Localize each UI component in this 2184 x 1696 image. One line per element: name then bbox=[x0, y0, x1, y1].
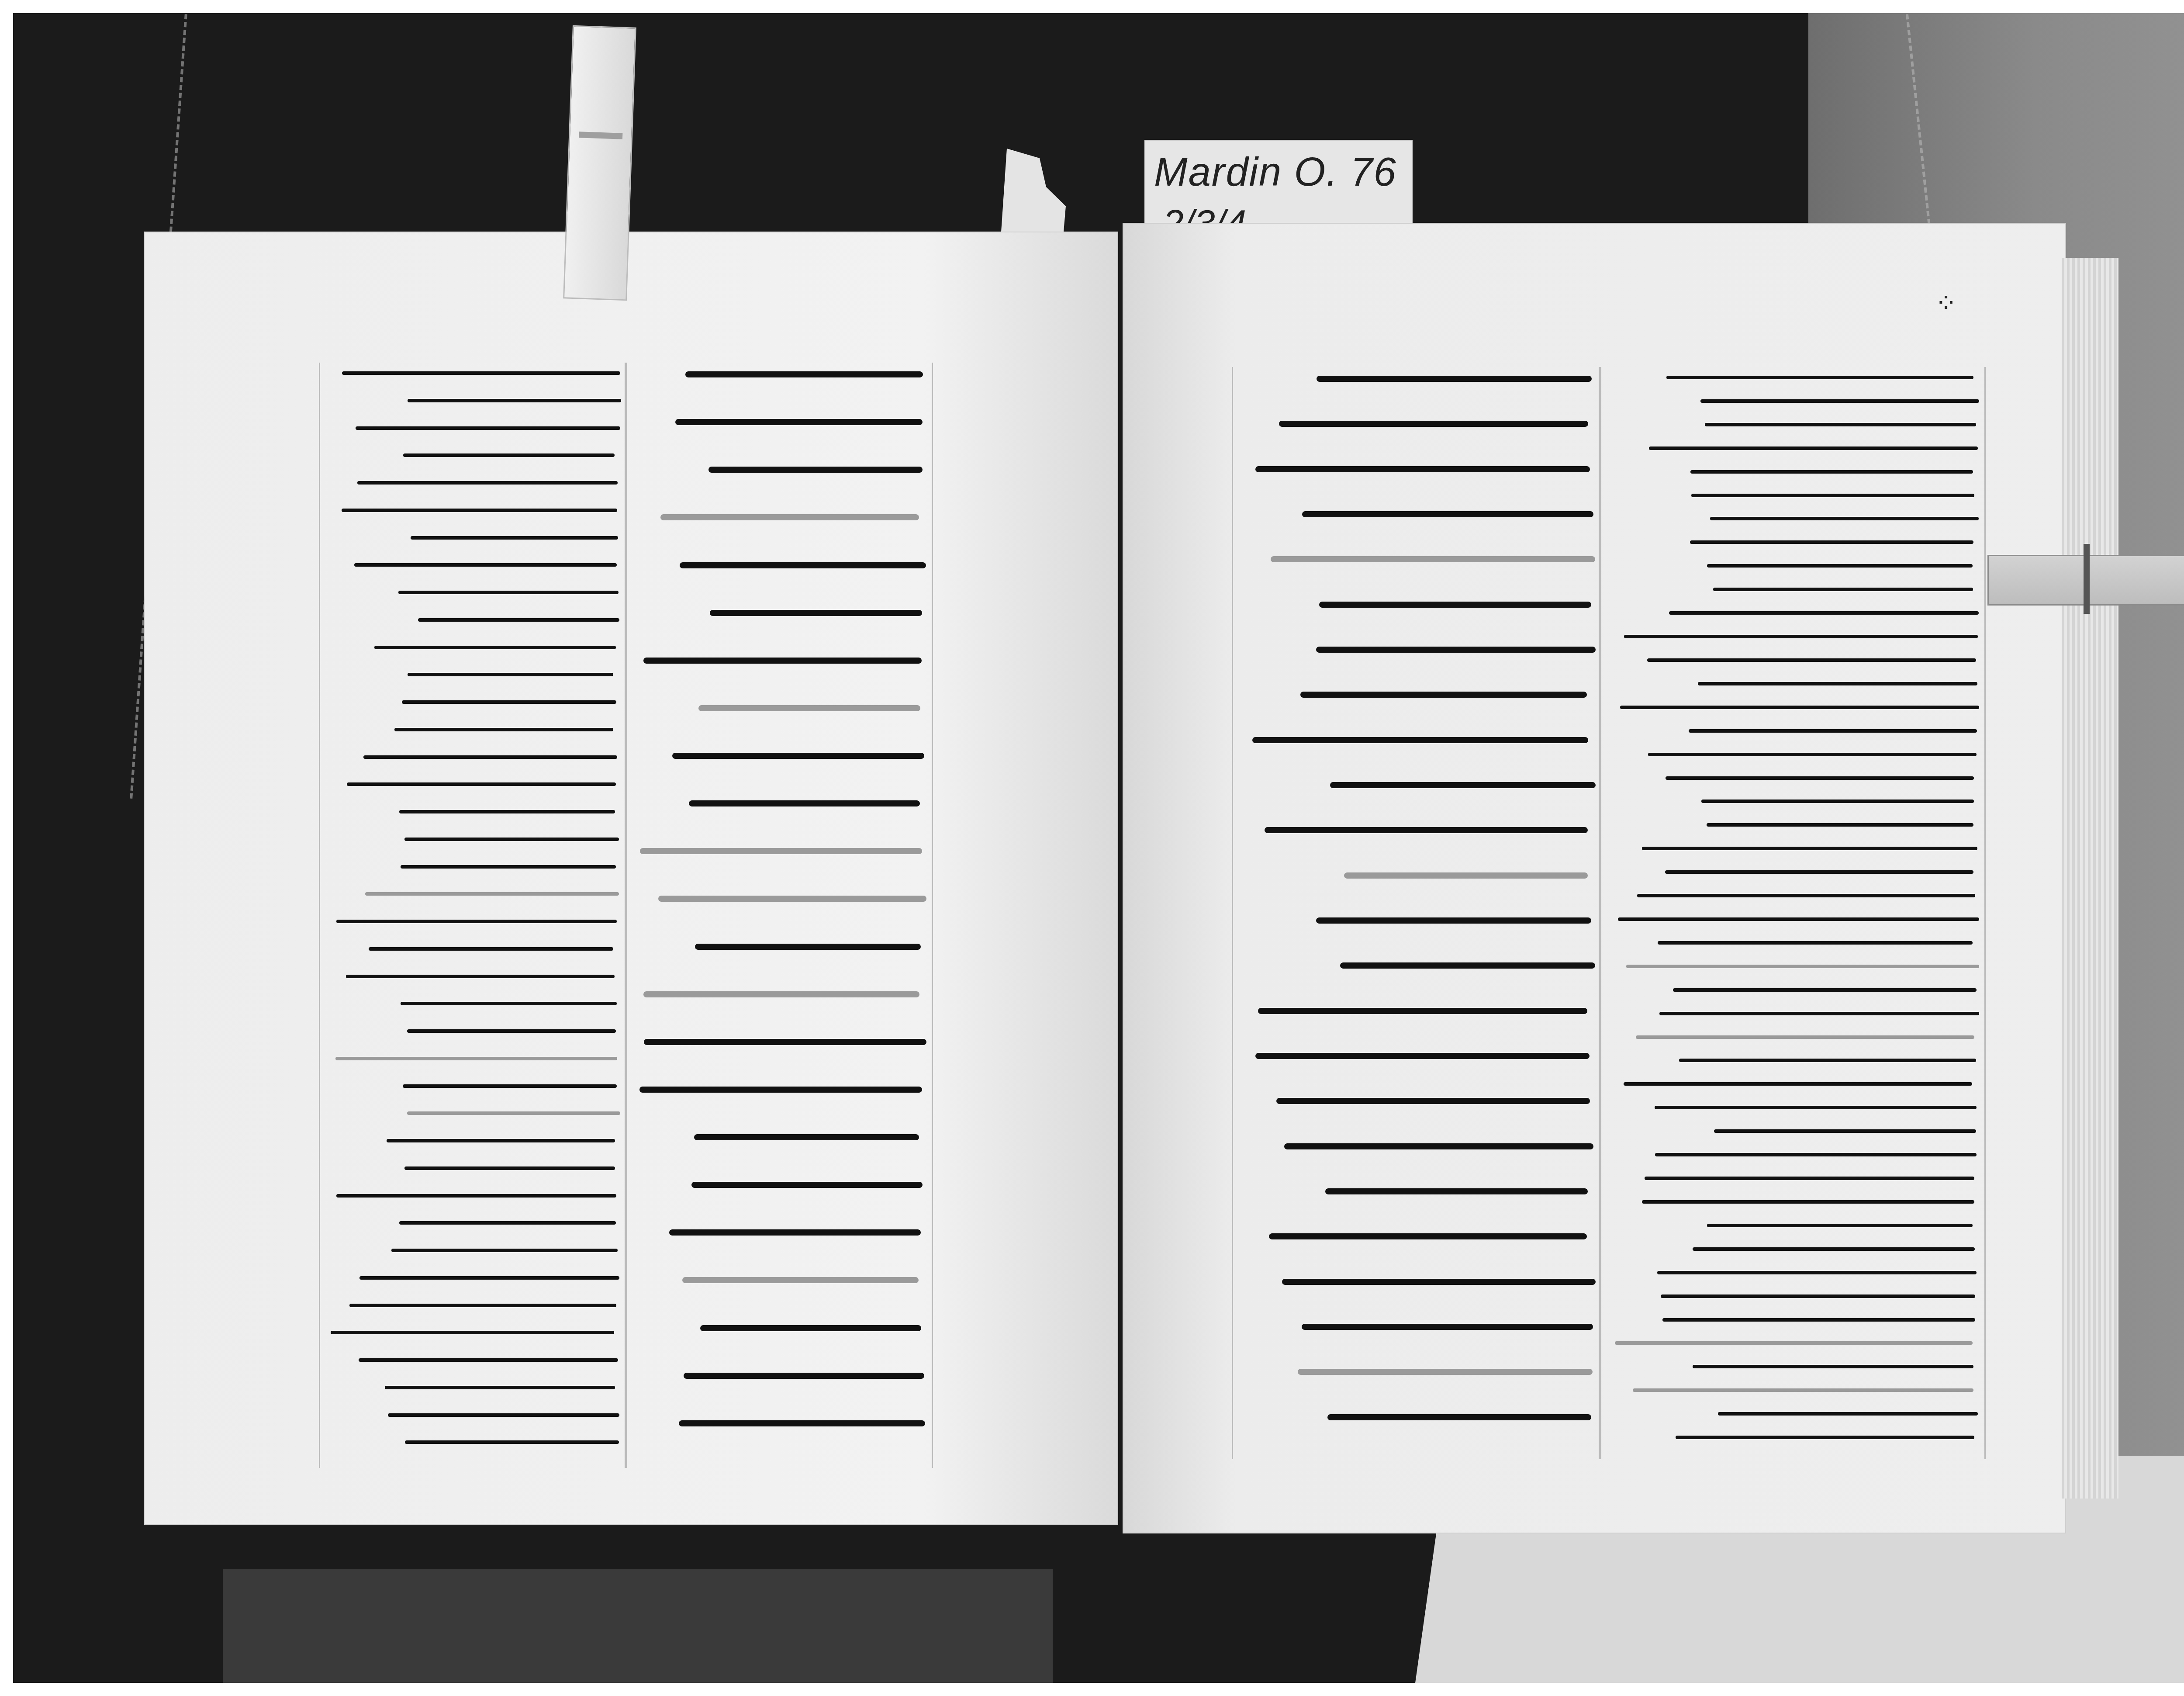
script-line bbox=[1316, 647, 1596, 653]
script-line bbox=[399, 810, 615, 813]
left-page bbox=[144, 232, 1118, 1525]
script-line bbox=[1269, 1233, 1587, 1239]
script-line bbox=[335, 1057, 617, 1060]
script-line bbox=[403, 453, 615, 457]
script-line bbox=[1325, 1188, 1588, 1194]
script-line bbox=[1647, 658, 1976, 662]
book-cover bbox=[223, 1569, 1053, 1683]
script-line bbox=[685, 371, 923, 377]
script-line bbox=[346, 975, 615, 978]
clip-spring bbox=[2084, 544, 2090, 614]
script-line bbox=[1327, 1414, 1591, 1420]
script-line bbox=[1698, 682, 1978, 685]
script-line bbox=[1693, 1365, 1973, 1368]
script-line bbox=[1705, 423, 1976, 426]
script-line bbox=[1276, 1098, 1590, 1104]
script-line bbox=[1302, 511, 1593, 517]
script-line bbox=[1620, 706, 1979, 709]
script-line bbox=[1255, 1053, 1590, 1059]
script-line bbox=[1282, 1279, 1596, 1285]
script-line bbox=[1676, 1436, 1974, 1439]
right-page-inner-column bbox=[1232, 367, 1601, 1459]
script-line bbox=[1330, 782, 1596, 788]
script-line bbox=[1655, 1106, 1977, 1109]
script-line bbox=[1298, 1369, 1593, 1375]
script-line bbox=[1618, 917, 1979, 921]
script-line bbox=[675, 419, 923, 425]
script-line bbox=[1271, 556, 1595, 562]
script-line bbox=[418, 618, 619, 622]
script-line bbox=[1669, 611, 1979, 615]
script-line bbox=[679, 1420, 925, 1426]
script-line bbox=[336, 920, 617, 923]
script-line bbox=[1636, 1035, 1974, 1039]
right-page-outer-column bbox=[1599, 367, 1986, 1459]
script-line bbox=[1316, 917, 1591, 924]
script-line bbox=[1279, 421, 1588, 427]
script-line bbox=[1707, 823, 1973, 827]
script-line bbox=[359, 1358, 618, 1362]
shelfmark: Mardin O. 76 bbox=[1154, 149, 1397, 195]
script-line bbox=[1673, 988, 1976, 992]
script-line bbox=[349, 1304, 616, 1307]
script-line bbox=[1258, 1008, 1587, 1014]
script-line bbox=[1645, 1177, 1974, 1180]
script-line bbox=[694, 1134, 919, 1140]
script-line bbox=[1624, 635, 1978, 638]
script-line bbox=[1657, 1271, 1977, 1274]
script-line bbox=[408, 673, 613, 676]
script-line bbox=[639, 1087, 922, 1093]
script-line bbox=[404, 838, 619, 841]
right-page: ⁘ bbox=[1123, 223, 2066, 1533]
script-line bbox=[411, 536, 618, 540]
script-line bbox=[708, 467, 922, 473]
left-page-inner-column bbox=[625, 363, 933, 1468]
script-line bbox=[700, 1325, 921, 1331]
photo-frame: Mardin O. 76 2/3/4 ⁘ bbox=[13, 13, 2184, 1683]
script-line bbox=[1319, 602, 1591, 608]
script-line bbox=[402, 700, 617, 704]
script-line bbox=[1317, 376, 1592, 382]
script-line bbox=[643, 991, 919, 997]
script-line bbox=[658, 896, 926, 902]
script-line bbox=[1701, 800, 1974, 803]
script-line bbox=[1662, 1318, 1975, 1322]
script-line bbox=[1665, 870, 1973, 874]
script-line bbox=[401, 865, 616, 869]
script-line bbox=[698, 705, 921, 711]
script-line bbox=[1707, 1224, 1972, 1227]
script-line bbox=[1649, 446, 1978, 450]
script-line bbox=[1718, 1412, 1978, 1416]
script-line bbox=[369, 947, 613, 951]
script-line bbox=[374, 646, 616, 649]
script-line bbox=[347, 782, 616, 786]
script-line bbox=[405, 1440, 619, 1444]
script-line bbox=[388, 1413, 619, 1417]
script-line bbox=[354, 563, 617, 567]
script-line bbox=[357, 481, 618, 485]
script-line bbox=[1713, 588, 1973, 591]
script-line bbox=[1714, 1129, 1976, 1133]
script-line bbox=[404, 1166, 615, 1170]
script-line bbox=[1655, 1153, 1977, 1156]
script-line bbox=[1666, 376, 1973, 379]
script-line bbox=[1302, 1324, 1593, 1330]
script-line bbox=[1642, 847, 1977, 850]
script-line bbox=[644, 1039, 927, 1045]
torn-paper-slip bbox=[1000, 149, 1066, 245]
script-line bbox=[1691, 494, 1974, 497]
script-line bbox=[331, 1331, 614, 1334]
script-line bbox=[691, 1182, 923, 1188]
script-line bbox=[336, 1194, 617, 1198]
top-page-clip bbox=[563, 25, 636, 301]
script-line bbox=[1626, 965, 1979, 968]
script-line bbox=[365, 892, 619, 896]
script-line bbox=[680, 562, 926, 568]
script-line bbox=[1700, 399, 1979, 403]
script-line bbox=[640, 848, 922, 854]
script-line bbox=[1689, 729, 1977, 733]
script-line bbox=[660, 514, 919, 520]
script-line bbox=[1284, 1143, 1594, 1149]
script-line bbox=[689, 800, 920, 806]
script-line bbox=[359, 1276, 619, 1280]
script-line bbox=[1690, 470, 1973, 474]
script-line bbox=[356, 426, 620, 430]
script-line bbox=[408, 399, 621, 402]
script-line bbox=[387, 1139, 615, 1142]
script-line bbox=[1693, 1247, 1975, 1251]
script-line bbox=[1648, 753, 1977, 756]
page-fore-edge bbox=[2062, 258, 2118, 1499]
script-line bbox=[1265, 827, 1588, 833]
script-line bbox=[1300, 692, 1587, 698]
script-line bbox=[342, 371, 620, 375]
script-line bbox=[1679, 1059, 1976, 1062]
script-line bbox=[399, 1221, 616, 1225]
script-line bbox=[1710, 517, 1979, 520]
script-line bbox=[1658, 941, 1973, 945]
script-line bbox=[672, 753, 924, 759]
script-line bbox=[407, 1029, 615, 1033]
script-line bbox=[403, 1084, 617, 1088]
script-line bbox=[1633, 1388, 1973, 1392]
script-line bbox=[1615, 1341, 1973, 1345]
script-line bbox=[1637, 894, 1975, 897]
left-page-outer-column bbox=[319, 363, 627, 1468]
script-line bbox=[669, 1229, 921, 1236]
script-line bbox=[398, 591, 619, 594]
script-line bbox=[1666, 776, 1973, 780]
script-line bbox=[1690, 540, 1974, 544]
page-ornament-icon: ⁘ bbox=[1935, 288, 1957, 319]
script-line bbox=[407, 1111, 620, 1115]
script-line bbox=[1255, 466, 1590, 472]
script-line bbox=[385, 1386, 615, 1389]
script-line bbox=[1624, 1082, 1972, 1086]
script-line bbox=[695, 944, 921, 950]
script-line bbox=[682, 1277, 919, 1283]
script-line bbox=[1642, 1200, 1974, 1204]
script-line bbox=[1661, 1294, 1975, 1298]
script-line bbox=[1340, 962, 1595, 969]
script-line bbox=[342, 509, 617, 512]
script-line bbox=[363, 755, 617, 759]
script-line bbox=[401, 1002, 617, 1005]
script-line bbox=[710, 610, 922, 616]
script-line bbox=[1252, 737, 1589, 743]
script-line bbox=[394, 728, 613, 731]
script-line bbox=[1344, 872, 1588, 879]
script-line bbox=[1707, 564, 1973, 568]
script-line bbox=[1659, 1012, 1979, 1015]
script-line bbox=[684, 1373, 925, 1379]
script-line bbox=[643, 658, 921, 664]
script-line bbox=[391, 1249, 618, 1252]
